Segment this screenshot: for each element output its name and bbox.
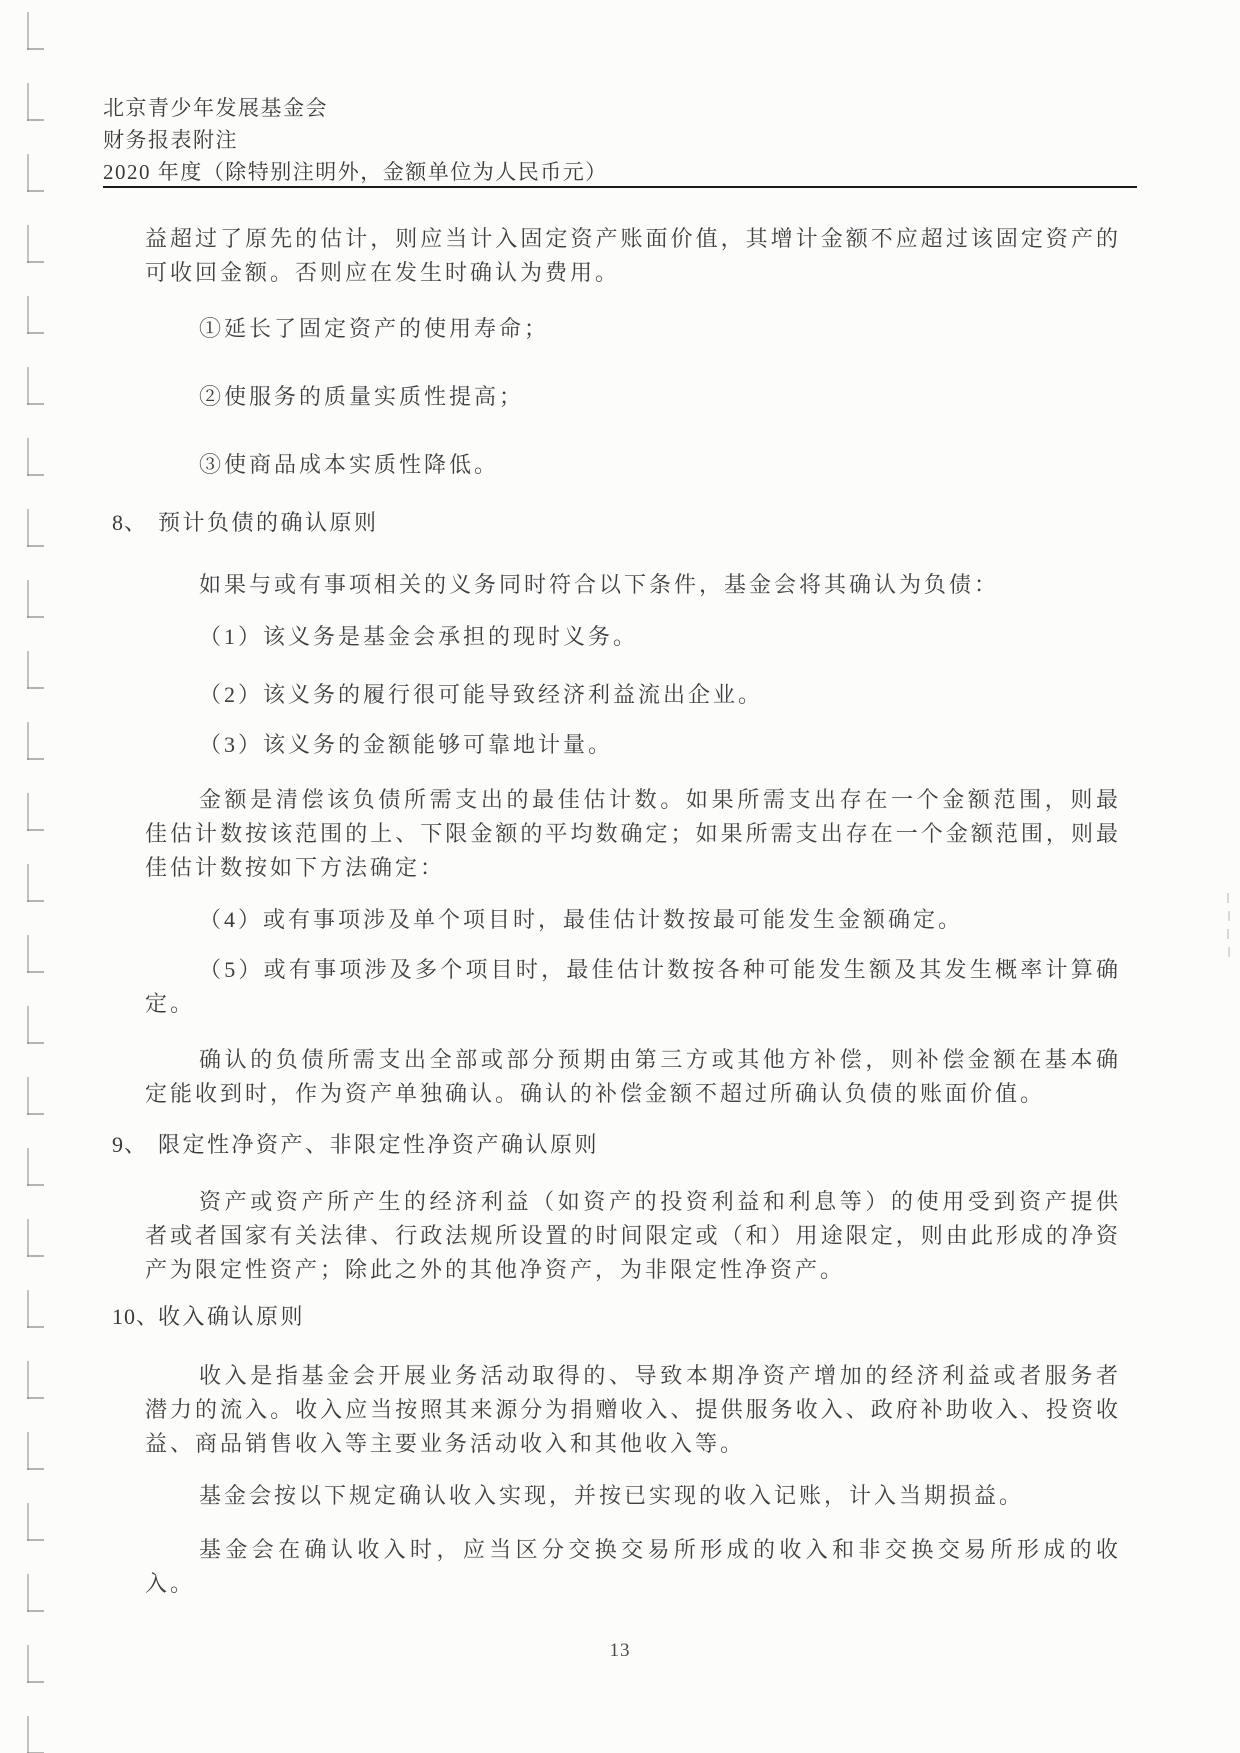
- list-item-paren-4: （4）或有事项涉及单个项目时，最佳估计数按最可能发生金额确定。: [145, 903, 1121, 937]
- document-header: 北京青少年发展基金会 财务报表附注 2020 年度（除特别注明外，金额单位为人民…: [103, 92, 1143, 188]
- scan-artifact: [1228, 947, 1230, 957]
- binder-hole-marks-horizontal: [27, 12, 44, 1753]
- paragraph-revenue-recognition: 基金会按以下规定确认收入实现，并按已实现的收入记账，计入当期损益。: [145, 1479, 1121, 1513]
- scan-artifact: [1228, 911, 1230, 921]
- organization-name: 北京青少年发展基金会: [103, 92, 1143, 124]
- list-item-paren-1: （1）该义务是基金会承担的现时义务。: [145, 620, 1121, 654]
- section-title: 收入确认原则: [158, 1304, 305, 1329]
- section-heading-10: 10、收入确认原则: [112, 1300, 1092, 1334]
- paragraph-restricted-assets: 资产或资产所产生的经济利益（如资产的投资利益和利息等）的使用受到资产提供者或者国…: [145, 1185, 1121, 1287]
- list-item-circled-2: ②使服务的质量实质性提高；: [145, 380, 1121, 414]
- list-item-paren-2: （2）该义务的履行很可能导致经济利益流出企业。: [145, 678, 1121, 712]
- section-number: 10、: [112, 1300, 158, 1334]
- section-number: 9、: [112, 1128, 158, 1162]
- section-title: 限定性净资产、非限定性净资产确认原则: [158, 1132, 599, 1157]
- paragraph-compensation: 确认的负债所需支出全部或部分预期由第三方或其他方补偿，则补偿金额在基本确定能收到…: [145, 1043, 1121, 1111]
- scan-artifact: [1227, 893, 1229, 903]
- period-line: 2020 年度（除特别注明外，金额单位为人民币元）: [103, 156, 1143, 188]
- list-item-circled-1: ①延长了固定资产的使用寿命；: [145, 312, 1121, 346]
- section-heading-8: 8、预计负债的确认原则: [112, 506, 1092, 540]
- list-item-circled-3: ③使商品成本实质性降低。: [145, 448, 1121, 482]
- section-heading-9: 9、限定性净资产、非限定性净资产确认原则: [112, 1128, 1092, 1162]
- list-item-paren-5: （5）或有事项涉及多个项目时，最佳估计数按各种可能发生额及其发生概率计算确定。: [145, 953, 1121, 1021]
- page-number: 13: [0, 1640, 1240, 1662]
- list-item-paren-3: （3）该义务的金额能够可靠地计量。: [145, 728, 1121, 762]
- paragraph-liability-conditions: 如果与或有事项相关的义务同时符合以下条件，基金会将其确认为负债：: [145, 568, 1121, 602]
- paragraph-best-estimate: 金额是清偿该负债所需支出的最佳估计数。如果所需支出存在一个金额范围，则最佳估计数…: [145, 783, 1121, 885]
- section-number: 8、: [112, 506, 158, 540]
- header-divider-rule: [103, 186, 1137, 188]
- scan-artifact: [1227, 929, 1229, 939]
- paragraph-exchange-split: 基金会在确认收入时，应当区分交换交易所形成的收入和非交换交易所形成的收入。: [145, 1533, 1121, 1601]
- scanned-document-page: 北京青少年发展基金会 财务报表附注 2020 年度（除特别注明外，金额单位为人民…: [0, 0, 1240, 1753]
- paragraph-revenue-definition: 收入是指基金会开展业务活动取得的、导致本期净资产增加的经济利益或者服务者潜力的流…: [145, 1359, 1121, 1461]
- document-title: 财务报表附注: [103, 124, 1143, 156]
- section-title: 预计负债的确认原则: [158, 510, 379, 535]
- paragraph-carryover: 益超过了原先的估计，则应当计入固定资产账面价值，其增计金额不应超过该固定资产的可…: [145, 222, 1121, 290]
